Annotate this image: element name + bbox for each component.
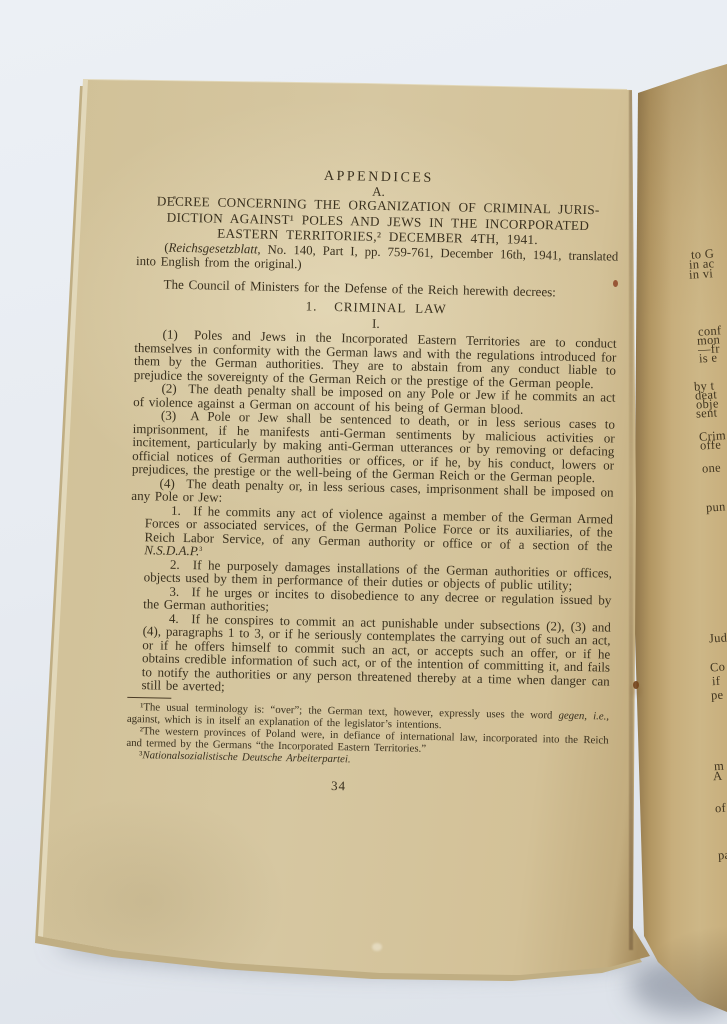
right-page-text-fragment: Jud: [709, 630, 727, 646]
right-page-text-fragment: one: [702, 460, 722, 476]
right-page-text-fragment: in vi: [689, 266, 714, 282]
paragraph-3: (3) A Pole or Jew shall be sentenced to …: [132, 408, 615, 485]
item1-text: 1. If he commits any act of violence aga…: [144, 502, 613, 553]
page-number: 34: [98, 774, 580, 797]
list-item-4: 4. If he conspires to commit an act puni…: [141, 611, 611, 701]
left-page: APPENDICES A. DECREE CONCERNING THE ORGA…: [0, 0, 727, 1024]
right-page-text-fragment: sent: [696, 405, 718, 421]
decree-intro: The Council of Ministers for the Defense…: [136, 276, 618, 299]
right-page-text-fragment: is e: [699, 350, 718, 366]
crease-stain: [633, 681, 639, 689]
right-page-text-fragment: A: [713, 769, 723, 785]
right-page-text-fragment: pa: [718, 848, 727, 864]
footnote-separator: [127, 696, 171, 698]
red-stain: [613, 280, 618, 287]
pale-spot: [372, 943, 382, 951]
book-photo: to Gin acin viconfmon—fris eby tdeatobje…: [0, 0, 727, 1024]
right-page-text-fragment: pe: [711, 688, 724, 704]
footnotes: ¹The usual terminology is: “over”; the G…: [126, 700, 609, 771]
right-page-text-fragment: pun: [706, 499, 727, 515]
right-page-text-fragment: of: [715, 801, 727, 817]
citation-source-italic: Reichsgesetzblatt: [169, 240, 258, 256]
page-text-block: APPENDICES A. DECREE CONCERNING THE ORGA…: [126, 166, 620, 798]
item1-footnote-marker: ³: [199, 545, 202, 556]
footnote1-gegen-italic: gegen, i.e.,: [558, 709, 609, 722]
list-item-1: 1. If he commits any act of violence aga…: [144, 503, 613, 566]
dark-speck: [173, 196, 176, 199]
right-page-text-fragment: offe: [700, 437, 722, 453]
